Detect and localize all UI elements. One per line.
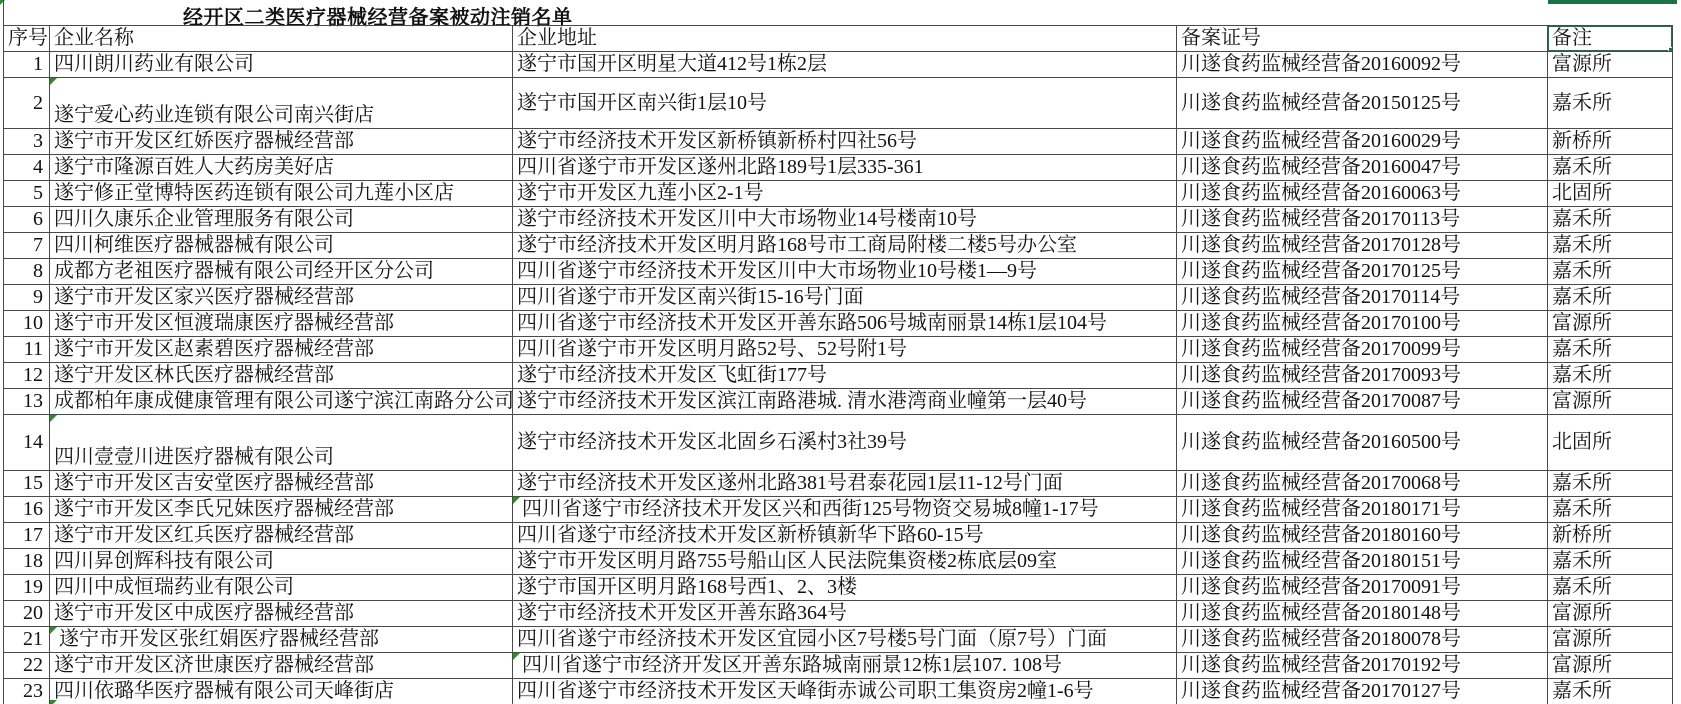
company-address-cell[interactable]: 四川省遂宁市经济技术开发区新桥镇新华下路60-15号 bbox=[513, 523, 1177, 549]
note-cell[interactable]: 富源所 bbox=[1548, 311, 1673, 337]
note-cell[interactable]: 北固所 bbox=[1548, 181, 1673, 207]
table-row: 18四川昇创辉科技有限公司遂宁市开发区明月路755号船山区人民法院集资楼2栋底层… bbox=[4, 549, 1673, 575]
company-name-cell[interactable]: 遂宁开发区林氏医疗器械经营部 bbox=[50, 363, 513, 389]
row-number-cell[interactable]: 4 bbox=[4, 155, 50, 181]
row-number-cell[interactable]: 23 bbox=[4, 679, 50, 704]
col-header-note-selected-cell[interactable]: 备注 bbox=[1548, 26, 1673, 52]
table-row: 22遂宁市开发区济世康医疗器械经营部 四川省遂宁市经济开发区开善东路城南丽景12… bbox=[4, 653, 1673, 679]
company-name-cell[interactable]: 遂宁市开发区恒渡瑞康医疗器械经营部 bbox=[50, 311, 513, 337]
note-cell[interactable]: 嘉禾所 bbox=[1548, 363, 1673, 389]
note-cell[interactable]: 嘉禾所 bbox=[1548, 155, 1673, 181]
company-address-cell[interactable]: 四川省遂宁市开发区遂州北路189号1层335-361 bbox=[513, 155, 1177, 181]
company-address-cell[interactable]: 四川省遂宁市经济技术开发区天峰街赤诚公司职工集资房2幢1-6号 bbox=[513, 679, 1177, 704]
row-number-cell[interactable]: 16 bbox=[4, 497, 50, 523]
cert-number-cell[interactable]: 川遂食药监械经营备20180171号 bbox=[1177, 497, 1548, 523]
table-row: 20遂宁市开发区中成医疗器械经营部遂宁市经济技术开发区开善东路364号川遂食药监… bbox=[4, 601, 1673, 627]
note-cell[interactable]: 北固所 bbox=[1548, 415, 1673, 471]
table-row: 13成都柏年康成健康管理有限公司遂宁滨江南路分公司遂宁市经济技术开发区滨江南路港… bbox=[4, 389, 1673, 415]
row-number-cell[interactable]: 15 bbox=[4, 471, 50, 497]
cert-number-cell[interactable]: 川遂食药监械经营备20170128号 bbox=[1177, 233, 1548, 259]
table-row: 5遂宁修正堂博特医药连锁有限公司九莲小区店遂宁市开发区九莲小区2-1号川遂食药监… bbox=[4, 181, 1673, 207]
cert-number-cell[interactable]: 川遂食药监械经营备20160500号 bbox=[1177, 415, 1548, 471]
note-cell[interactable]: 富源所 bbox=[1548, 653, 1673, 679]
note-cell[interactable]: 嘉禾所 bbox=[1548, 78, 1673, 129]
row-number-cell[interactable]: 5 bbox=[4, 181, 50, 207]
company-address-cell[interactable]: 遂宁市国开区南兴街1层10号 bbox=[513, 78, 1177, 129]
company-name-cell[interactable]: 遂宁市开发区红娇医疗器械经营部 bbox=[50, 129, 513, 155]
next-row-format-indicator-triangle bbox=[50, 700, 57, 704]
company-address-cell[interactable]: 遂宁市经济技术开发区遂州北路381号君泰花园1层11-12号门面 bbox=[513, 471, 1177, 497]
row-number-cell[interactable]: 19 bbox=[4, 575, 50, 601]
selection-top-line bbox=[1548, 0, 1677, 4]
table-row: 23四川依璐华医疗器械有限公司天峰街店四川省遂宁市经济技术开发区天峰街赤诚公司职… bbox=[4, 679, 1673, 704]
row-number-cell[interactable]: 7 bbox=[4, 233, 50, 259]
cert-number-cell[interactable]: 川遂食药监械经营备20160047号 bbox=[1177, 155, 1548, 181]
company-address-cell[interactable]: 四川省遂宁市经济技术开发区川中大市场物业10号楼1—9号 bbox=[513, 259, 1177, 285]
table-row: 8成都方老祖医疗器械有限公司经开区分公司四川省遂宁市经济技术开发区川中大市场物业… bbox=[4, 259, 1673, 285]
table-row: 10遂宁市开发区恒渡瑞康医疗器械经营部四川省遂宁市经济技术开发区开善东路506号… bbox=[4, 311, 1673, 337]
cert-number-cell[interactable]: 川遂食药监械经营备20170091号 bbox=[1177, 575, 1548, 601]
company-name-cell[interactable]: 遂宁市开发区家兴医疗器械经营部 bbox=[50, 285, 513, 311]
note-cell[interactable]: 富源所 bbox=[1548, 52, 1673, 78]
company-address-cell[interactable]: 四川省遂宁市经济开发区开善东路城南丽景12栋1层107. 108号 bbox=[513, 653, 1177, 679]
cert-number-cell[interactable]: 川遂食药监械经营备20170113号 bbox=[1177, 207, 1548, 233]
row-number-cell[interactable]: 17 bbox=[4, 523, 50, 549]
text-format-indicator-triangle bbox=[513, 653, 520, 660]
note-cell[interactable]: 嘉禾所 bbox=[1548, 497, 1673, 523]
col-header-note-label: 备注 bbox=[1552, 27, 1592, 49]
company-address-cell[interactable]: 遂宁市经济技术开发区北固乡石溪村3社39号 bbox=[513, 415, 1177, 471]
row-number-cell[interactable]: 8 bbox=[4, 259, 50, 285]
row-number-cell[interactable]: 21 bbox=[4, 627, 50, 653]
company-name-cell[interactable]: 遂宁市开发区中成医疗器械经营部 bbox=[50, 601, 513, 627]
table-row: 19四川中成恒瑞药业有限公司遂宁市国开区明月路168号西1、2、3楼川遂食药监械… bbox=[4, 575, 1673, 601]
note-cell[interactable]: 富源所 bbox=[1548, 601, 1673, 627]
row-number-cell[interactable]: 14 bbox=[4, 415, 50, 471]
records-table: 序号 企业名称 企业地址 备案证号 备注 1四川朗川药业有限公司遂宁市国开区明星… bbox=[3, 25, 1673, 704]
table-row: 16遂宁市开发区李氏兄妹医疗器械经营部 四川省遂宁市经济技术开发区兴和西街125… bbox=[4, 497, 1673, 523]
company-address-cell[interactable]: 四川省遂宁市经济技术开发区开善东路506号城南丽景14栋1层104号 bbox=[513, 311, 1177, 337]
company-name-cell[interactable]: 遂宁市开发区吉安堂医疗器械经营部 bbox=[50, 471, 513, 497]
note-cell[interactable]: 嘉禾所 bbox=[1548, 549, 1673, 575]
company-name-cell[interactable]: 遂宁修正堂博特医药连锁有限公司九莲小区店 bbox=[50, 181, 513, 207]
company-name-cell[interactable]: 遂宁市开发区赵素碧医疗器械经营部 bbox=[50, 337, 513, 363]
row-number-cell[interactable]: 20 bbox=[4, 601, 50, 627]
cert-number-cell[interactable]: 川遂食药监械经营备20170192号 bbox=[1177, 653, 1548, 679]
col-header-company-name[interactable]: 企业名称 bbox=[50, 26, 513, 52]
table-row: 14四川壹壹川进医疗器械有限公司遂宁市经济技术开发区北固乡石溪村3社39号川遂食… bbox=[4, 415, 1673, 471]
cert-number-cell[interactable]: 川遂食药监械经营备20160092号 bbox=[1177, 52, 1548, 78]
row-number-cell[interactable]: 22 bbox=[4, 653, 50, 679]
company-address-cell[interactable]: 遂宁市经济技术开发区开善东路364号 bbox=[513, 601, 1177, 627]
row-number-cell[interactable]: 2 bbox=[4, 78, 50, 129]
note-cell[interactable]: 新桥所 bbox=[1548, 129, 1673, 155]
note-cell[interactable]: 嘉禾所 bbox=[1548, 233, 1673, 259]
row-number-cell[interactable]: 13 bbox=[4, 389, 50, 415]
cert-number-cell[interactable]: 川遂食药监械经营备20170068号 bbox=[1177, 471, 1548, 497]
company-address-cell[interactable]: 四川省遂宁市开发区明月路52号、52号附1号 bbox=[513, 337, 1177, 363]
text-format-indicator-triangle bbox=[50, 415, 57, 422]
row-number-cell[interactable]: 11 bbox=[4, 337, 50, 363]
cert-number-cell[interactable]: 川遂食药监械经营备20170127号 bbox=[1177, 679, 1548, 704]
company-name-cell[interactable]: 遂宁市隆源百姓人大药房美好店 bbox=[50, 155, 513, 181]
grid-left-border bbox=[3, 0, 4, 25]
cert-number-cell[interactable]: 川遂食药监械经营备20180148号 bbox=[1177, 601, 1548, 627]
company-name-cell[interactable]: 四川依璐华医疗器械有限公司天峰街店 bbox=[50, 679, 513, 704]
company-address-cell[interactable]: 四川省遂宁市经济技术开发区宜园小区7号楼5号门面（原7号）门面 bbox=[513, 627, 1177, 653]
company-name-cell[interactable]: 遂宁市开发区张红娟医疗器械经营部 bbox=[50, 627, 513, 653]
company-address-cell[interactable]: 遂宁市经济技术开发区明月路168号市工商局附楼二楼5号办公室 bbox=[513, 233, 1177, 259]
table-row: 9遂宁市开发区家兴医疗器械经营部四川省遂宁市开发区南兴街15-16号门面川遂食药… bbox=[4, 285, 1673, 311]
row-number-cell[interactable]: 1 bbox=[4, 52, 50, 78]
company-address-cell[interactable]: 四川省遂宁市开发区南兴街15-16号门面 bbox=[513, 285, 1177, 311]
company-name-cell[interactable]: 成都柏年康成健康管理有限公司遂宁滨江南路分公司 bbox=[50, 389, 513, 415]
text-format-indicator-triangle bbox=[513, 497, 520, 504]
company-name-cell[interactable]: 四川中成恒瑞药业有限公司 bbox=[50, 575, 513, 601]
row-number-cell[interactable]: 9 bbox=[4, 285, 50, 311]
table-row: 2遂宁爱心药业连锁有限公司南兴街店遂宁市国开区南兴街1层10号川遂食药监械经营备… bbox=[4, 78, 1673, 129]
company-name-cell[interactable]: 遂宁市开发区济世康医疗器械经营部 bbox=[50, 653, 513, 679]
table-row: 15遂宁市开发区吉安堂医疗器械经营部遂宁市经济技术开发区遂州北路381号君泰花园… bbox=[4, 471, 1673, 497]
company-address-cell[interactable]: 遂宁市经济技术开发区川中大市场物业14号楼南10号 bbox=[513, 207, 1177, 233]
note-cell[interactable]: 嘉禾所 bbox=[1548, 471, 1673, 497]
text-format-indicator-triangle bbox=[50, 627, 57, 634]
company-name-cell[interactable]: 四川久康乐企业管理服务有限公司 bbox=[50, 207, 513, 233]
company-address-cell[interactable]: 遂宁市经济技术开发区滨江南路港城. 清水港湾商业幢第一层40号 bbox=[513, 389, 1177, 415]
company-name-cell[interactable]: 遂宁市开发区红兵医疗器械经营部 bbox=[50, 523, 513, 549]
text-format-indicator-triangle bbox=[50, 78, 57, 85]
company-name-cell[interactable]: 四川柯维医疗器械器械有限公司 bbox=[50, 233, 513, 259]
header-row: 序号 企业名称 企业地址 备案证号 备注 bbox=[4, 26, 1673, 52]
company-address-cell[interactable]: 四川省遂宁市经济技术开发区兴和西街125号物资交易城8幢1-17号 bbox=[513, 497, 1177, 523]
selection-fill-handle[interactable] bbox=[1668, 47, 1673, 52]
cert-number-cell[interactable]: 川遂食药监械经营备20150125号 bbox=[1177, 78, 1548, 129]
cert-number-cell[interactable]: 川遂食药监械经营备20180160号 bbox=[1177, 523, 1548, 549]
table-row: 12遂宁开发区林氏医疗器械经营部遂宁市经济技术开发区飞虹街177号川遂食药监械经… bbox=[4, 363, 1673, 389]
row-number-cell[interactable]: 3 bbox=[4, 129, 50, 155]
table-row: 3遂宁市开发区红娇医疗器械经营部遂宁市经济技术开发区新桥镇新桥村四社56号川遂食… bbox=[4, 129, 1673, 155]
company-name-cell[interactable]: 遂宁市开发区李氏兄妹医疗器械经营部 bbox=[50, 497, 513, 523]
cert-number-cell[interactable]: 川遂食药监械经营备20170093号 bbox=[1177, 363, 1548, 389]
note-cell[interactable]: 嘉禾所 bbox=[1548, 207, 1673, 233]
col-header-no[interactable]: 序号 bbox=[4, 26, 50, 52]
note-cell[interactable]: 嘉禾所 bbox=[1548, 285, 1673, 311]
cert-number-cell[interactable]: 川遂食药监械经营备20180151号 bbox=[1177, 549, 1548, 575]
row-number-cell[interactable]: 10 bbox=[4, 311, 50, 337]
cert-number-cell[interactable]: 川遂食药监械经营备20170087号 bbox=[1177, 389, 1548, 415]
company-address-cell[interactable]: 遂宁市国开区明星大道412号1栋2层 bbox=[513, 52, 1177, 78]
note-cell[interactable]: 嘉禾所 bbox=[1548, 679, 1673, 704]
col-header-company-address[interactable]: 企业地址 bbox=[513, 26, 1177, 52]
company-address-cell[interactable]: 遂宁市开发区九莲小区2-1号 bbox=[513, 181, 1177, 207]
company-name-cell[interactable]: 四川昇创辉科技有限公司 bbox=[50, 549, 513, 575]
company-name-cell[interactable]: 遂宁爱心药业连锁有限公司南兴街店 bbox=[50, 78, 513, 129]
note-cell[interactable]: 富源所 bbox=[1548, 389, 1673, 415]
table-row: 7四川柯维医疗器械器械有限公司遂宁市经济技术开发区明月路168号市工商局附楼二楼… bbox=[4, 233, 1673, 259]
note-cell[interactable]: 嘉禾所 bbox=[1548, 259, 1673, 285]
company-address-cell[interactable]: 遂宁市国开区明月路168号西1、2、3楼 bbox=[513, 575, 1177, 601]
company-address-cell[interactable]: 遂宁市开发区明月路755号船山区人民法院集资楼2栋底层09室 bbox=[513, 549, 1177, 575]
table-body: 1四川朗川药业有限公司遂宁市国开区明星大道412号1栋2层川遂食药监械经营备20… bbox=[4, 52, 1673, 704]
company-address-cell[interactable]: 遂宁市经济技术开发区新桥镇新桥村四社56号 bbox=[513, 129, 1177, 155]
cert-number-cell[interactable]: 川遂食药监械经营备20170100号 bbox=[1177, 311, 1548, 337]
note-cell[interactable]: 嘉禾所 bbox=[1548, 575, 1673, 601]
table-row: 11遂宁市开发区赵素碧医疗器械经营部四川省遂宁市开发区明月路52号、52号附1号… bbox=[4, 337, 1673, 363]
company-name-cell[interactable]: 成都方老祖医疗器械有限公司经开区分公司 bbox=[50, 259, 513, 285]
note-cell[interactable]: 富源所 bbox=[1548, 627, 1673, 653]
cert-number-cell[interactable]: 川遂食药监械经营备20160063号 bbox=[1177, 181, 1548, 207]
company-address-cell[interactable]: 遂宁市经济技术开发区飞虹街177号 bbox=[513, 363, 1177, 389]
cert-number-cell[interactable]: 川遂食药监械经营备20160029号 bbox=[1177, 129, 1548, 155]
table-row: 1四川朗川药业有限公司遂宁市国开区明星大道412号1栋2层川遂食药监械经营备20… bbox=[4, 52, 1673, 78]
row-number-cell[interactable]: 12 bbox=[4, 363, 50, 389]
table-row: 6四川久康乐企业管理服务有限公司遂宁市经济技术开发区川中大市场物业14号楼南10… bbox=[4, 207, 1673, 233]
table-row: 4遂宁市隆源百姓人大药房美好店四川省遂宁市开发区遂州北路189号1层335-36… bbox=[4, 155, 1673, 181]
note-cell[interactable]: 新桥所 bbox=[1548, 523, 1673, 549]
cert-number-cell[interactable]: 川遂食药监械经营备20170125号 bbox=[1177, 259, 1548, 285]
note-cell[interactable]: 嘉禾所 bbox=[1548, 337, 1673, 363]
col-header-cert-number[interactable]: 备案证号 bbox=[1177, 26, 1548, 52]
cert-number-cell[interactable]: 川遂食药监械经营备20170099号 bbox=[1177, 337, 1548, 363]
company-name-cell[interactable]: 四川朗川药业有限公司 bbox=[50, 52, 513, 78]
row-number-cell[interactable]: 6 bbox=[4, 207, 50, 233]
company-name-cell[interactable]: 四川壹壹川进医疗器械有限公司 bbox=[50, 415, 513, 471]
cert-number-cell[interactable]: 川遂食药监械经营备20180078号 bbox=[1177, 627, 1548, 653]
table-row: 21 遂宁市开发区张红娟医疗器械经营部四川省遂宁市经济技术开发区宜园小区7号楼5… bbox=[4, 627, 1673, 653]
row-number-cell[interactable]: 18 bbox=[4, 549, 50, 575]
table-row: 17遂宁市开发区红兵医疗器械经营部四川省遂宁市经济技术开发区新桥镇新华下路60-… bbox=[4, 523, 1673, 549]
cert-number-cell[interactable]: 川遂食药监械经营备20170114号 bbox=[1177, 285, 1548, 311]
